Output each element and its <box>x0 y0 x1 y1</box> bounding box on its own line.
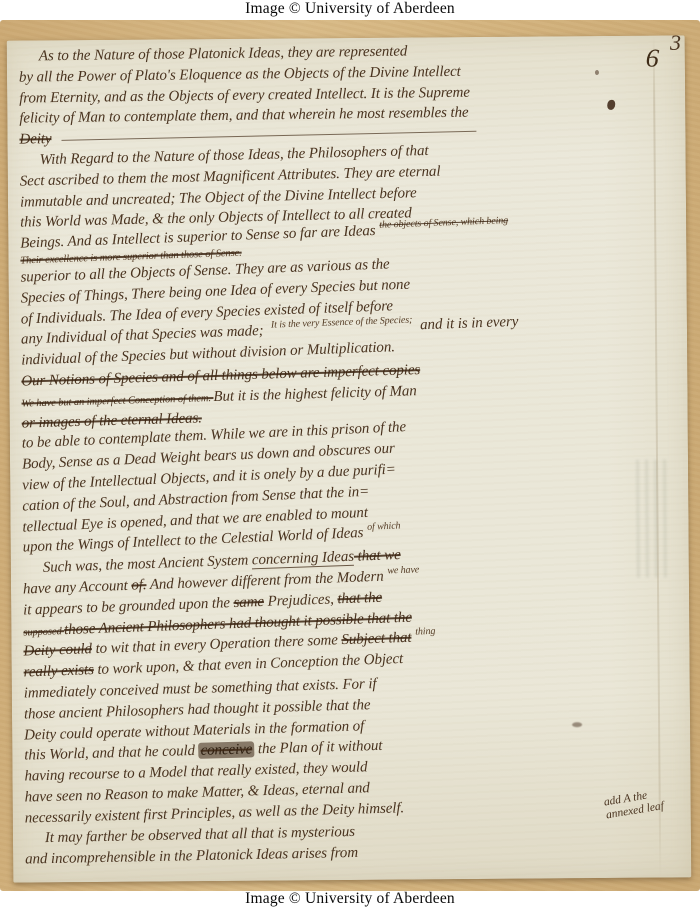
manuscript-segment: have any Account <box>23 578 132 598</box>
manuscript-segment: Prejudices, <box>264 591 338 610</box>
copyright-caption-bottom: Image © University of Aberdeen <box>0 890 700 908</box>
pen-stroke-rule <box>61 131 476 141</box>
manuscript-segment: But it is the highest felicity of Man <box>213 383 417 405</box>
manuscript-segment: this World, and that he could <box>24 743 199 764</box>
manuscript-segment: same <box>233 594 264 611</box>
manuscript-segment: thing <box>415 622 436 644</box>
manuscript-segment: really exists <box>23 662 94 681</box>
manuscript-segment: concerning Ideas <box>252 549 355 570</box>
edge-mark: 3 <box>670 30 681 56</box>
manuscript-segment: As to the Nature of those Platonick Idea… <box>39 43 408 64</box>
manuscript-segment: Subject that <box>341 630 412 648</box>
manuscript-segment: and it is in every <box>416 314 518 334</box>
copyright-caption-top: Image © University of Aberdeen <box>0 0 700 18</box>
mat-board: 6 As to the Nature of those Platonick Id… <box>0 20 700 891</box>
manuscript-text: As to the Nature of those Platonick Idea… <box>19 41 686 882</box>
manuscript-segment: the Plan of it without <box>254 738 383 757</box>
manuscript-segment: of which <box>367 517 401 539</box>
manuscript-segment: Deity <box>19 131 51 147</box>
manuscript-segment: by all the Power of Plato's Eloquence as… <box>19 64 461 86</box>
manuscript-segment: that the <box>337 589 382 607</box>
manuscript-segment: conceive <box>198 742 254 759</box>
manuscript-segment: supposed <box>23 626 64 638</box>
manuscript-segment: of. <box>131 577 147 594</box>
manuscript-segment: Deity could <box>23 641 92 659</box>
manuscript-segment: the objects of Sense, which being <box>379 211 509 236</box>
manuscript-segment: and incomprehensible in the Platonick Id… <box>25 845 358 868</box>
manuscript-paper: 6 As to the Nature of those Platonick Id… <box>7 35 692 882</box>
manuscript-segment: We have but an imperfect Conception of t… <box>21 393 213 410</box>
manuscript-segment: we have <box>387 560 420 582</box>
manuscript-segment: It is the very Essence of the Species; <box>271 311 413 337</box>
scanned-manuscript-page: { "captions": { "top": "Image © Universi… <box>0 0 700 910</box>
